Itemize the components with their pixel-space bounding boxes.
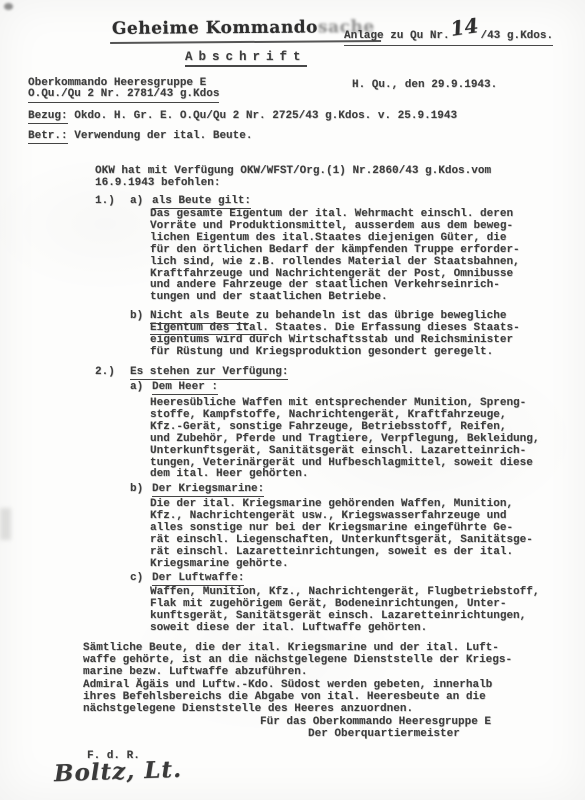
signoff-block: Für das Oberkommando Heeresgruppe E Der … [260, 717, 491, 741]
item-2b-marker: b) [130, 484, 143, 496]
item-2c-body: Waffen, Munition, Kfz., Nachrichtengerät… [150, 587, 566, 635]
secrecy-stamp: Geheime Kommandosache [110, 17, 381, 44]
reference-label: Bezug: [28, 110, 68, 124]
annex-number-handwritten: 14 [450, 25, 478, 29]
item-1b-text: Nicht als Beute zu behandeln ist das übr… [150, 311, 556, 359]
item-2b-heading: Der Kriegsmarine: [152, 484, 264, 496]
scan-smudge-left-edge [0, 508, 11, 540]
section-2-heading: Es stehen zur Verfügung: [130, 367, 288, 379]
scan-mark-top-left [4, 3, 13, 10]
item-2c-heading: Der Luftwaffe: [152, 573, 244, 585]
sender-file-number: O.Qu./Qu 2 Nr. 2781/43 g.Kdos [28, 89, 219, 103]
section-2-number: 2.) [95, 367, 115, 379]
secrecy-stamp-text: Geheime Kommando [112, 17, 318, 38]
item-1b-marker: b) [130, 311, 143, 323]
subject-label: Betr.: [28, 130, 68, 144]
document-type-title: Abschrift [185, 52, 307, 67]
item-2a-heading: Dem Heer : [152, 382, 218, 394]
item-1a-heading: als Beute gilt: [152, 196, 251, 208]
place-date: H. Qu., den 29.9.1943. [352, 80, 497, 92]
handwritten-signature: Boltz, Lt. [54, 756, 183, 787]
document-page: Geheime Kommandosache Anlage zu Qu Nr.14… [0, 0, 585, 800]
item-2b-body: Die der ital. Kriegsmarine gehörenden Wa… [150, 499, 562, 570]
item-1b-rest-2: Staates. Die Erfassung dieses Staats- [269, 322, 520, 334]
item-2c-marker: c) [130, 573, 143, 585]
subject-line: Betr.: Verwendung der ital. Beute. [28, 131, 252, 143]
annex-prefix: Anlage zu Qu Nr. [344, 30, 450, 42]
item-1b-body: eigentums wird durch Wirtschaftsstab und… [150, 334, 513, 358]
intro-paragraph: OKW hat mit Verfügung OKW/WFST/Org.(1) N… [95, 166, 540, 190]
reference-text: Okdo. H. Gr. E. O.Qu/Qu 2 Nr. 2725/43 g.… [74, 110, 457, 122]
subject-text: Verwendung der ital. Beute. [74, 130, 252, 142]
item-2a-body: Heeresübliche Waffen mit entsprechender … [150, 398, 562, 481]
item-1a-body: Das gesamte Eigentum der ital. Wehrmacht… [150, 209, 556, 304]
closing-paragraph-2: Admiral Ägäis und Luftw.-Kdo. Südost wer… [83, 680, 565, 716]
item-2a-marker: a) [130, 382, 143, 394]
item-1b-rest-1: zu behandeln ist das übrige bewegliche [249, 310, 506, 322]
reference-line: Bezug: Okdo. H. Gr. E. O.Qu/Qu 2 Nr. 272… [28, 111, 457, 123]
annex-suffix: /43 g.Kdos. [480, 30, 553, 42]
section-1-number: 1.) [95, 196, 115, 208]
item-1a-marker: a) [130, 196, 143, 208]
closing-paragraph-1: Sämtliche Beute, die der ital. Kriegsmar… [83, 643, 565, 679]
signoff-role: Der Oberquartiermeister [308, 729, 491, 741]
annex-reference: Anlage zu Qu Nr.14/43 g.Kdos. [344, 31, 553, 46]
